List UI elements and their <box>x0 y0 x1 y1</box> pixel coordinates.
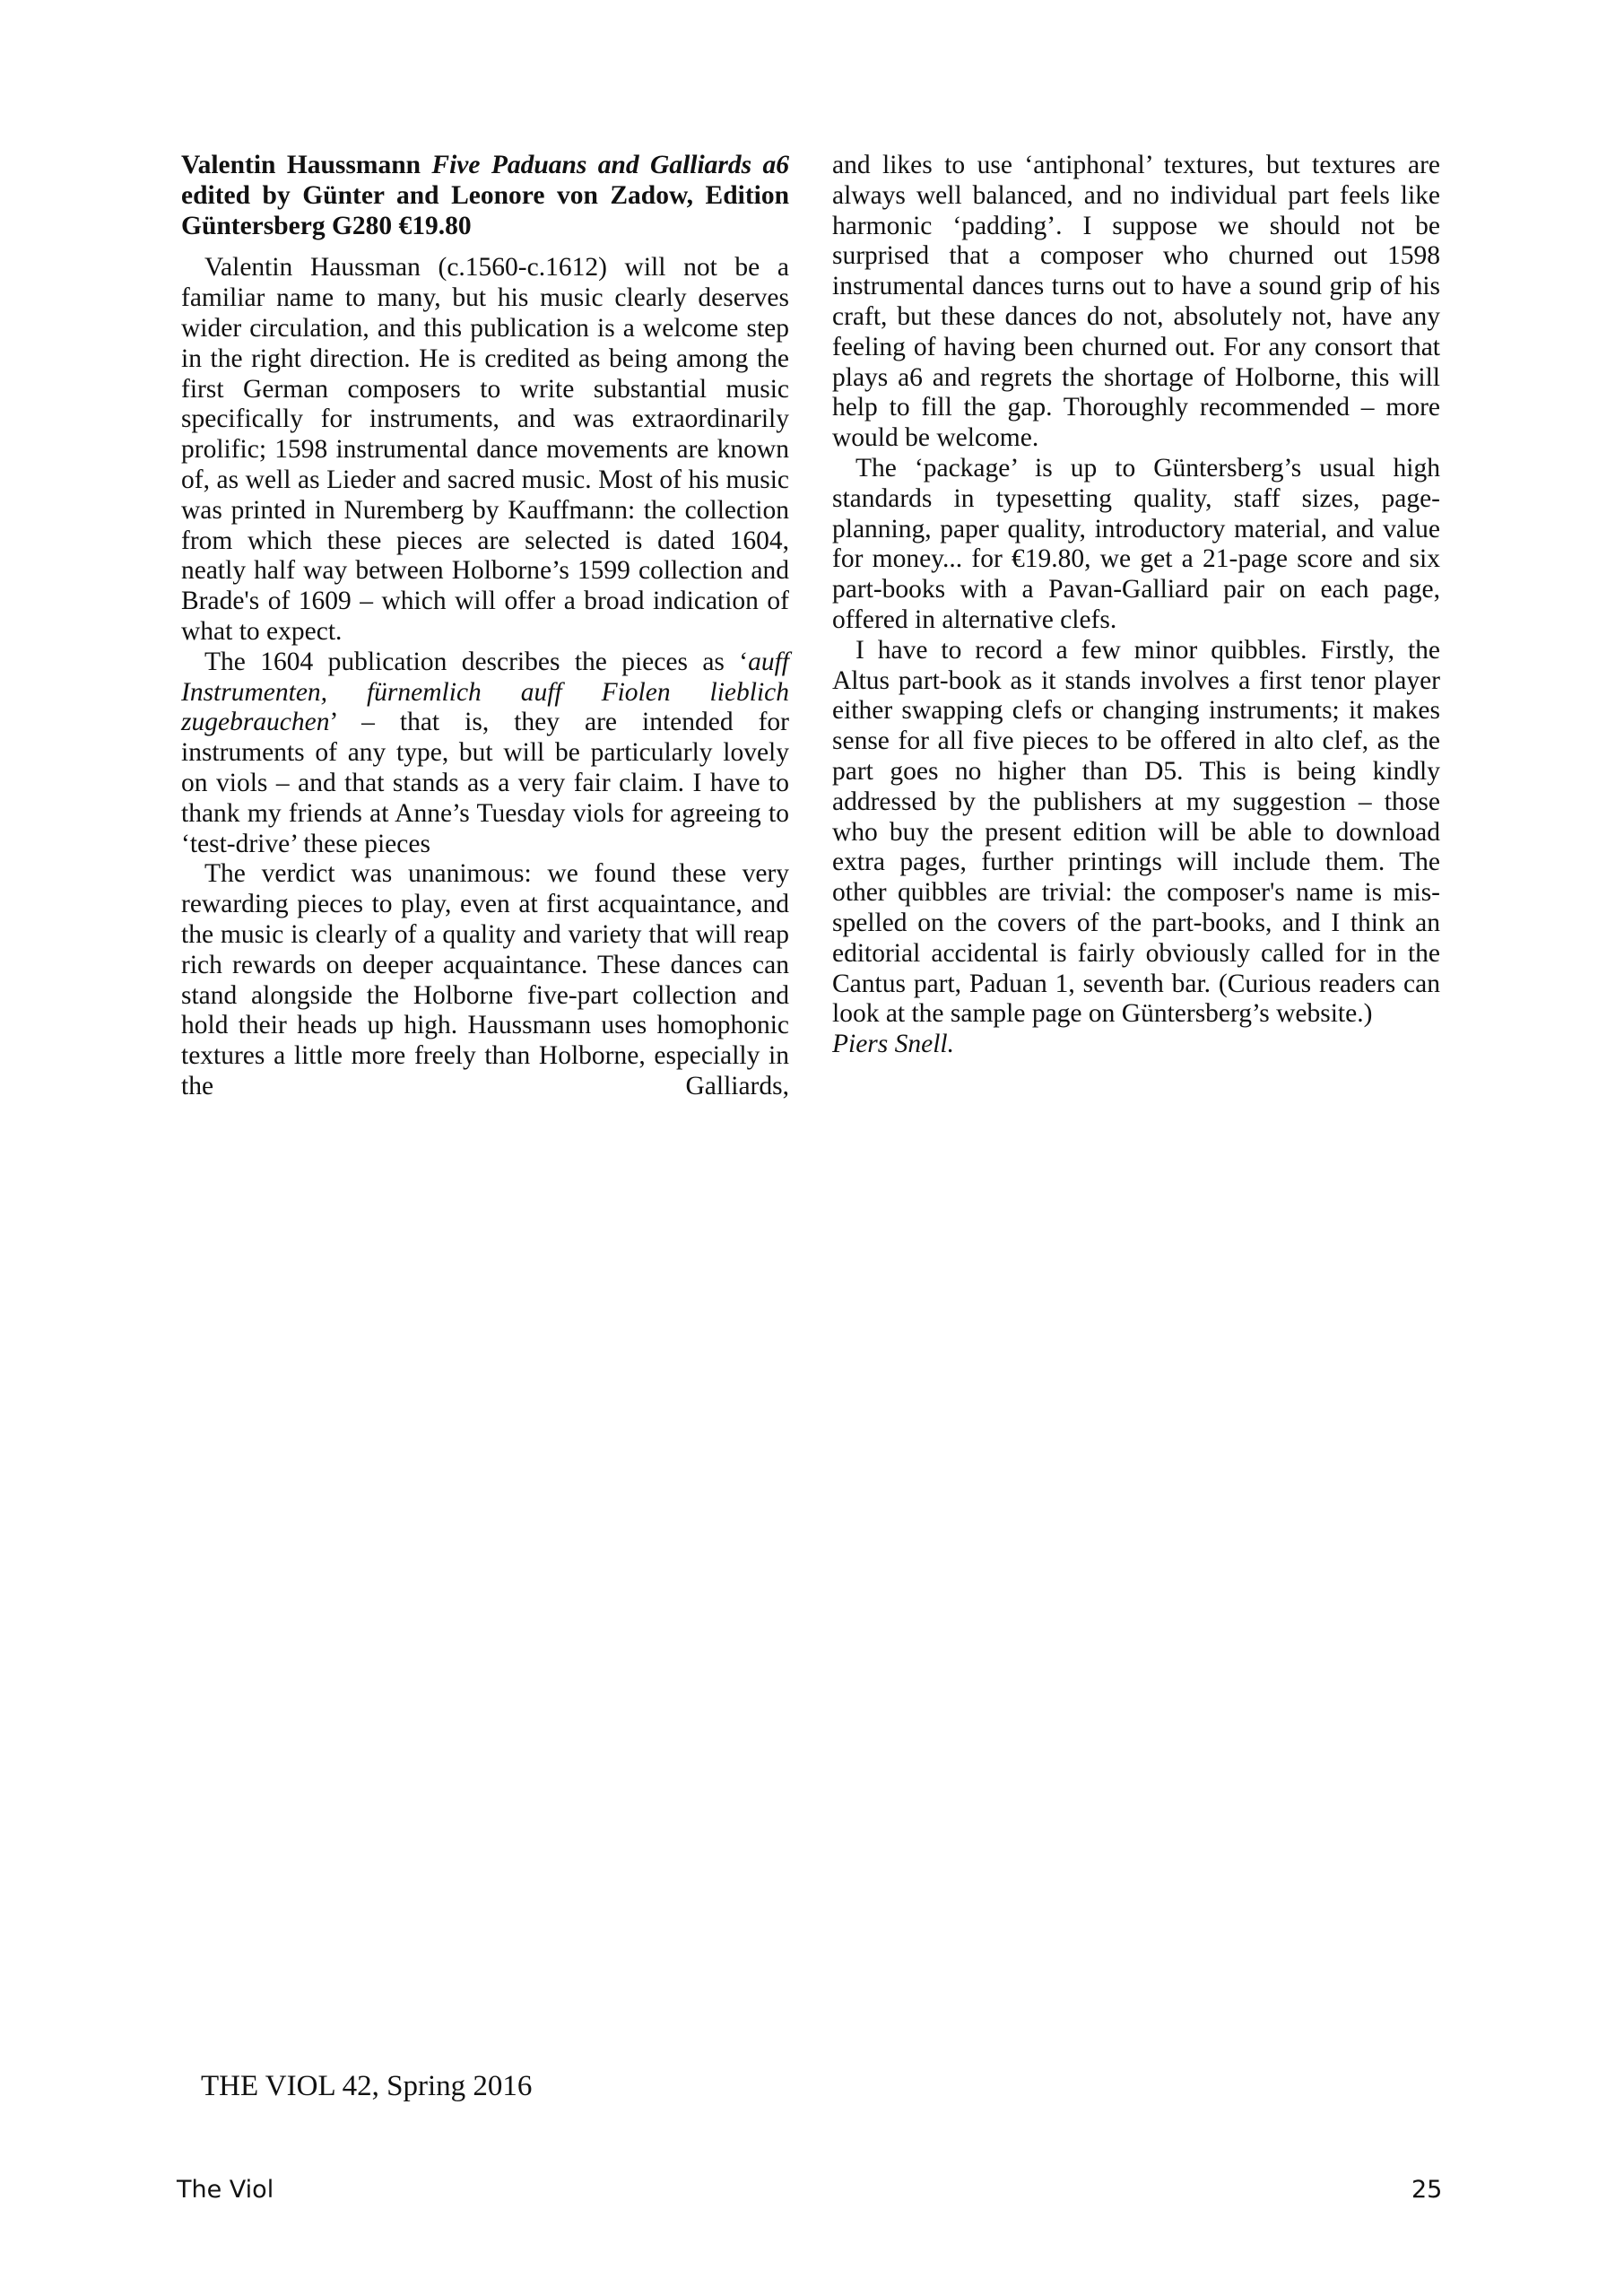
paragraph-publication: The 1604 publication describes the piece… <box>181 648 789 860</box>
paragraph-intro: Valentin Haussman (c.1560-c.1612) will n… <box>181 253 789 647</box>
left-column: Valentin Haussmann Five Paduans and Gall… <box>181 151 789 1102</box>
issue-line: THE VIOL 42, Spring 2016 <box>201 2070 532 2103</box>
right-column: and likes to use ‘antiphonal’ textures, … <box>832 151 1440 1060</box>
reviewer-signature: Piers Snell. <box>832 1030 1440 1060</box>
heading-edition-details: edited by Günter and Leonore von Zadow, … <box>181 181 789 240</box>
heading-work-title: Five Paduans and Galliards a6 <box>431 151 789 179</box>
paragraph-quibbles: I have to record a few minor quibbles. F… <box>832 636 1440 1030</box>
paragraph-verdict-continued: and likes to use ‘antiphonal’ textures, … <box>832 151 1440 454</box>
paragraph-verdict: The verdict was unanimous: we found thes… <box>181 859 789 1101</box>
footer-page-number: 25 <box>1411 2176 1442 2204</box>
review-heading: Valentin Haussmann Five Paduans and Gall… <box>181 151 789 241</box>
footer-journal-name: The Viol <box>177 2176 274 2204</box>
p2-start: The 1604 publication describes the piece… <box>204 648 748 676</box>
paragraph-package: The ‘package’ is up to Güntersberg’s usu… <box>832 454 1440 636</box>
heading-composer: Valentin Haussmann <box>181 151 431 179</box>
